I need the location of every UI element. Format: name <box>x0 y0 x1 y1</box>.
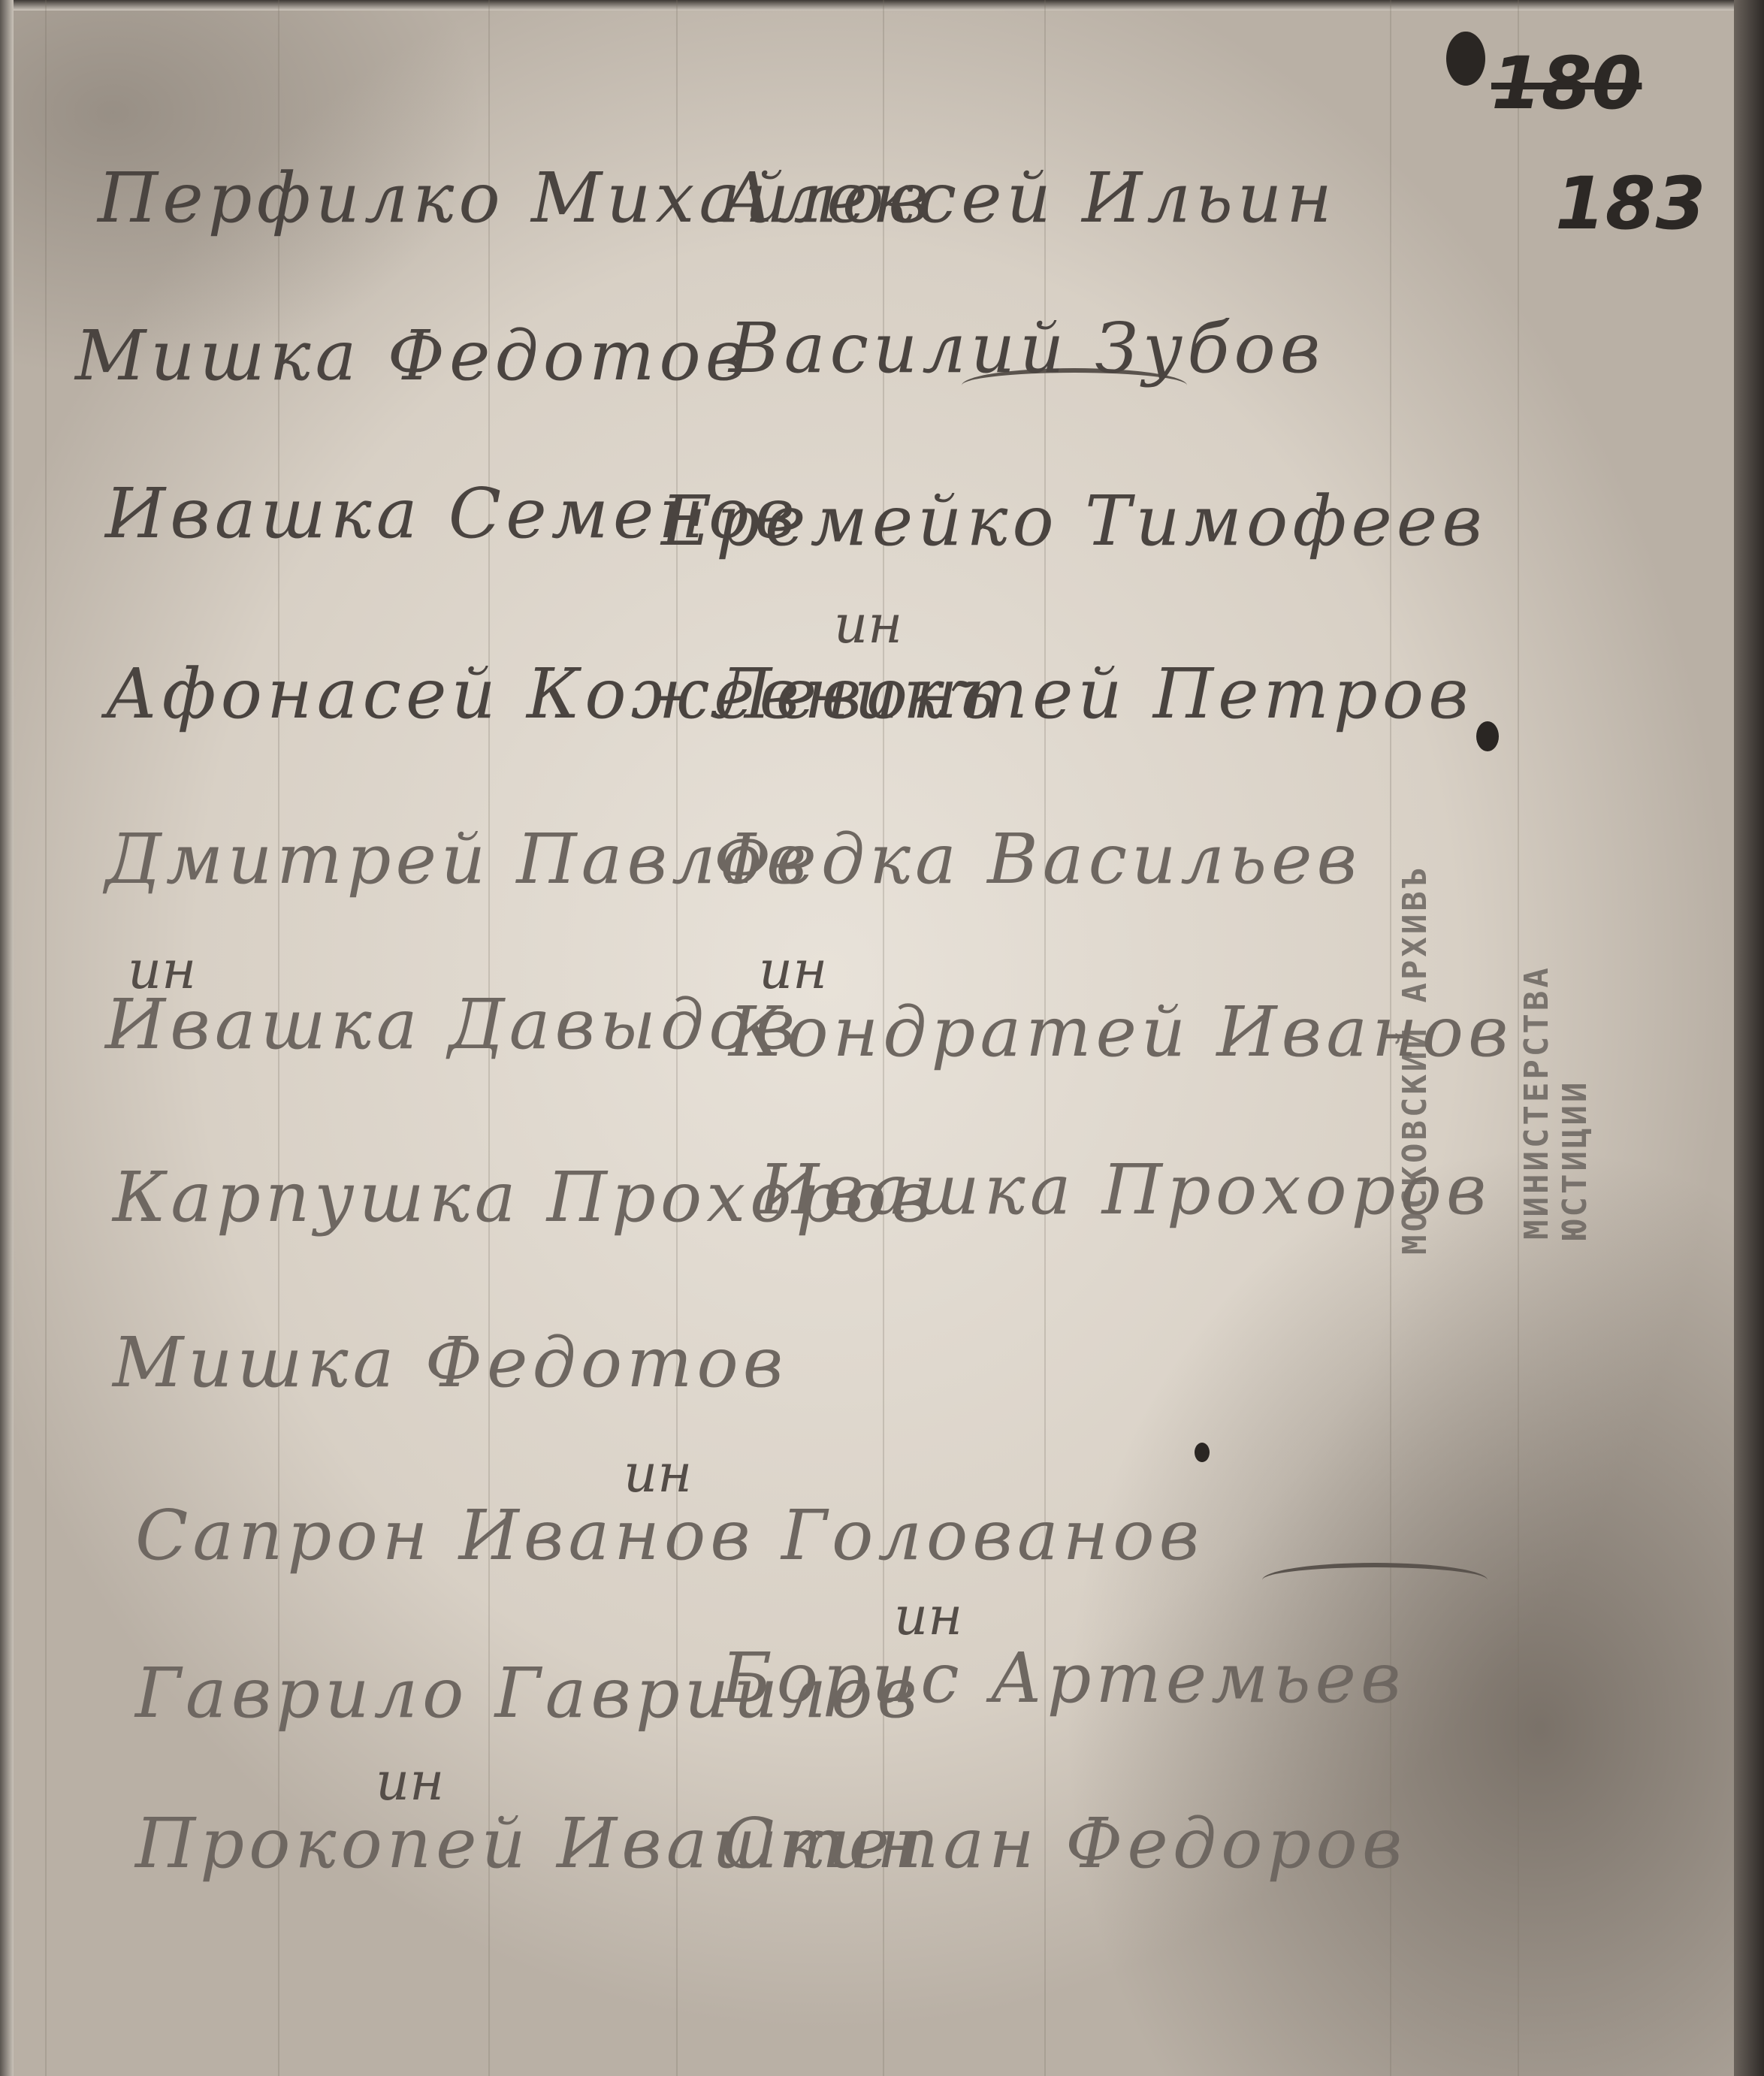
name-entry-right: Василий Зубов <box>729 308 1325 388</box>
superscript-abbrev: ин <box>834 594 902 655</box>
name-entry-left: Мишка Федотов <box>75 316 750 396</box>
name-entry-right: Кондратей Иванов <box>729 992 1513 1072</box>
name-entry-right: Ивашка Прохоров <box>759 1150 1491 1230</box>
ink-blot <box>1446 32 1485 86</box>
name-entry-right: Борис Артемьев <box>721 1638 1406 1718</box>
manuscript-page: 180 183 МОСКОВСКИЙ АРХИВЪ МИНИСТЕРСТВА Ю… <box>0 0 1764 2076</box>
ink-spot <box>1476 721 1499 751</box>
name-entry-right: Алексей Ильин <box>721 158 1337 238</box>
archive-stamp-line-2: МИНИСТЕРСТВА ЮСТИЦИИ <box>1518 864 1594 1240</box>
name-entry-right: Левонтей Петров <box>714 654 1473 734</box>
chain-line <box>45 0 47 2076</box>
page-edge-right <box>1734 0 1764 2076</box>
name-entry-left: Ивашка Давыдов <box>105 984 799 1065</box>
name-entry-right: Степан Федоров <box>721 1803 1406 1884</box>
name-entry-left: Дмитрей Павлов <box>105 819 811 899</box>
folio-number-old: 180 <box>1491 41 1642 125</box>
name-entry-left: Сапрон Иванов Голованов <box>135 1495 1204 1576</box>
name-entry-right: Еремейко Тимофеев <box>661 481 1487 561</box>
page-edge-left <box>0 0 14 2076</box>
ink-spot <box>1195 1443 1210 1462</box>
name-entry-left: Мишка Федотов <box>113 1322 787 1403</box>
name-entry-right: Федка Васильев <box>714 819 1361 899</box>
flourish-stroke <box>1262 1563 1488 1597</box>
folio-number-new: 183 <box>1555 162 1705 246</box>
page-edge-top <box>0 0 1764 11</box>
